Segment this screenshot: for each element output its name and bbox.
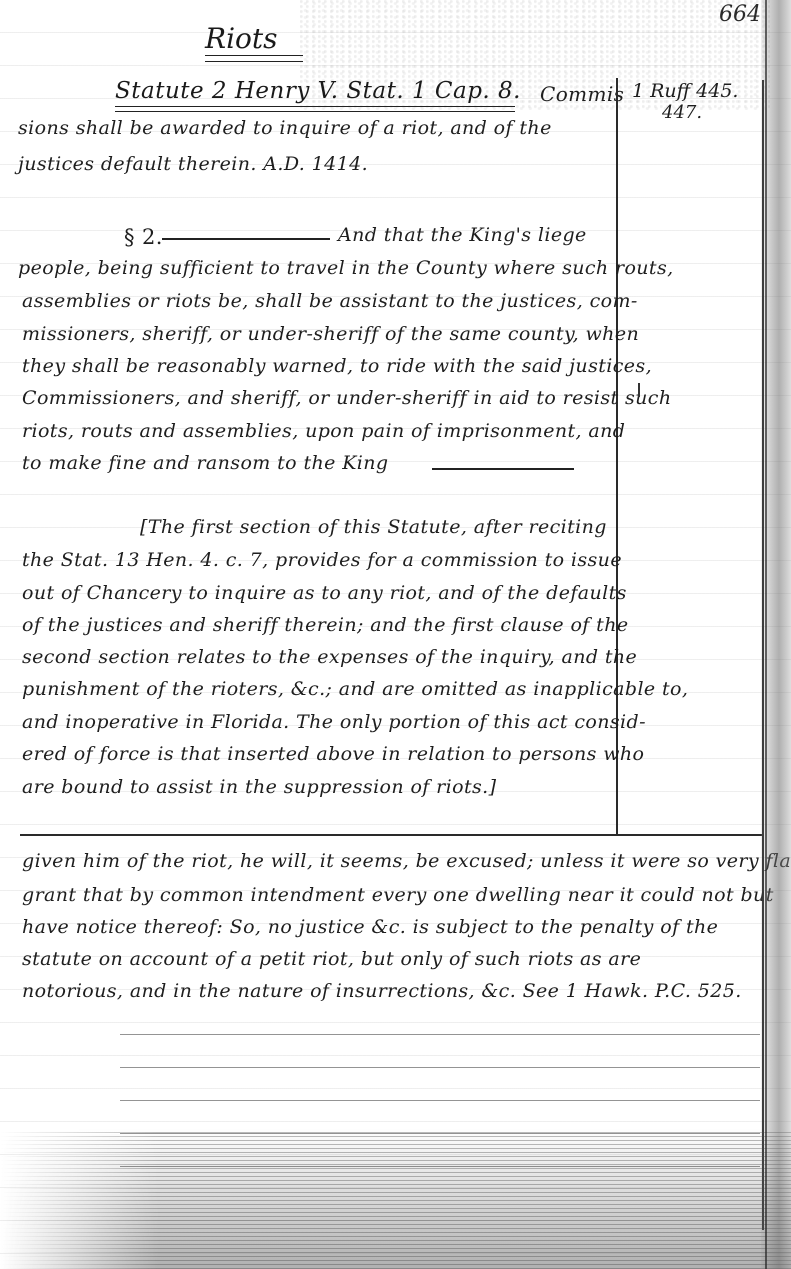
scan-noise-bottom [0,1129,791,1269]
statute-heading: Statute 2 Henry V. Stat. 1 Cap. 8. [115,78,521,104]
footnote-line: statute on account of a petit riot, but … [22,948,641,970]
heading-continuation: Commis [540,82,624,106]
section-2-dash-rule [162,238,330,240]
editorial-note-line: and inoperative in Florida. The only por… [22,711,646,733]
ruled-line [120,1067,760,1068]
heading-double-underline [115,106,515,112]
section-2-line: they shall be reasonably warned, to ride… [22,355,652,377]
editorial-note-line: are bound to assist in the suppression o… [22,776,496,798]
ruled-line [120,1034,760,1035]
intro-line-2: justices default therein. A.D. 1414. [18,153,368,175]
title-double-underline [205,55,303,62]
intro-line-1: sions shall be awarded to inquire of a r… [18,117,552,139]
section-2-line: people, being sufficient to travel in th… [18,257,674,279]
section-2-label: § 2. [124,225,163,249]
page-title: Riots [205,22,278,55]
editorial-note-line: of the justices and sheriff therein; and… [22,614,628,636]
manuscript-page: 664 Riots Statute 2 Henry V. Stat. 1 Cap… [0,0,791,1269]
page-number: 664 [719,2,761,27]
section-2-end-rule [432,468,574,470]
section-2-line: to make fine and ransom to the King [22,452,388,474]
editorial-note-line: second section relates to the expenses o… [22,646,637,668]
editorial-note-line: ered of force is that inserted above in … [22,743,644,765]
section-2-line: missioners, sheriff, or under-sheriff of… [22,323,639,345]
editorial-note-line: punishment of the rioters, &c.; and are … [22,678,688,700]
section-2-line: assemblies or riots be, shall be assista… [22,290,638,312]
margin-citation-line2: 447. [662,102,702,123]
editorial-note-line: the Stat. 13 Hen. 4. c. 7, provides for … [22,549,622,571]
margin-tick-mark [638,383,640,397]
section-divider [20,834,764,836]
footnote-line: notorious, and in the nature of insurrec… [22,980,742,1002]
section-2-line: riots, routs and assemblies, upon pain o… [22,420,625,442]
margin-citation-line1: 1 Ruff 445. [632,80,738,102]
section-2-first-line-tail: And that the King's liege [338,224,587,246]
ruled-line [120,1100,760,1101]
section-2-line: Commissioners, and sheriff, or under-she… [22,387,671,409]
footnote-line: grant that by common intendment every on… [22,884,774,906]
footnote-line: given him of the riot, he will, it seems… [22,850,791,872]
footnote-line: have notice thereof: So, no justice &c. … [22,916,718,938]
binding-edge-shadow [761,0,791,1269]
editorial-note-line: [The first section of this Statute, afte… [140,516,607,538]
editorial-note-line: out of Chancery to inquire as to any rio… [22,582,627,604]
